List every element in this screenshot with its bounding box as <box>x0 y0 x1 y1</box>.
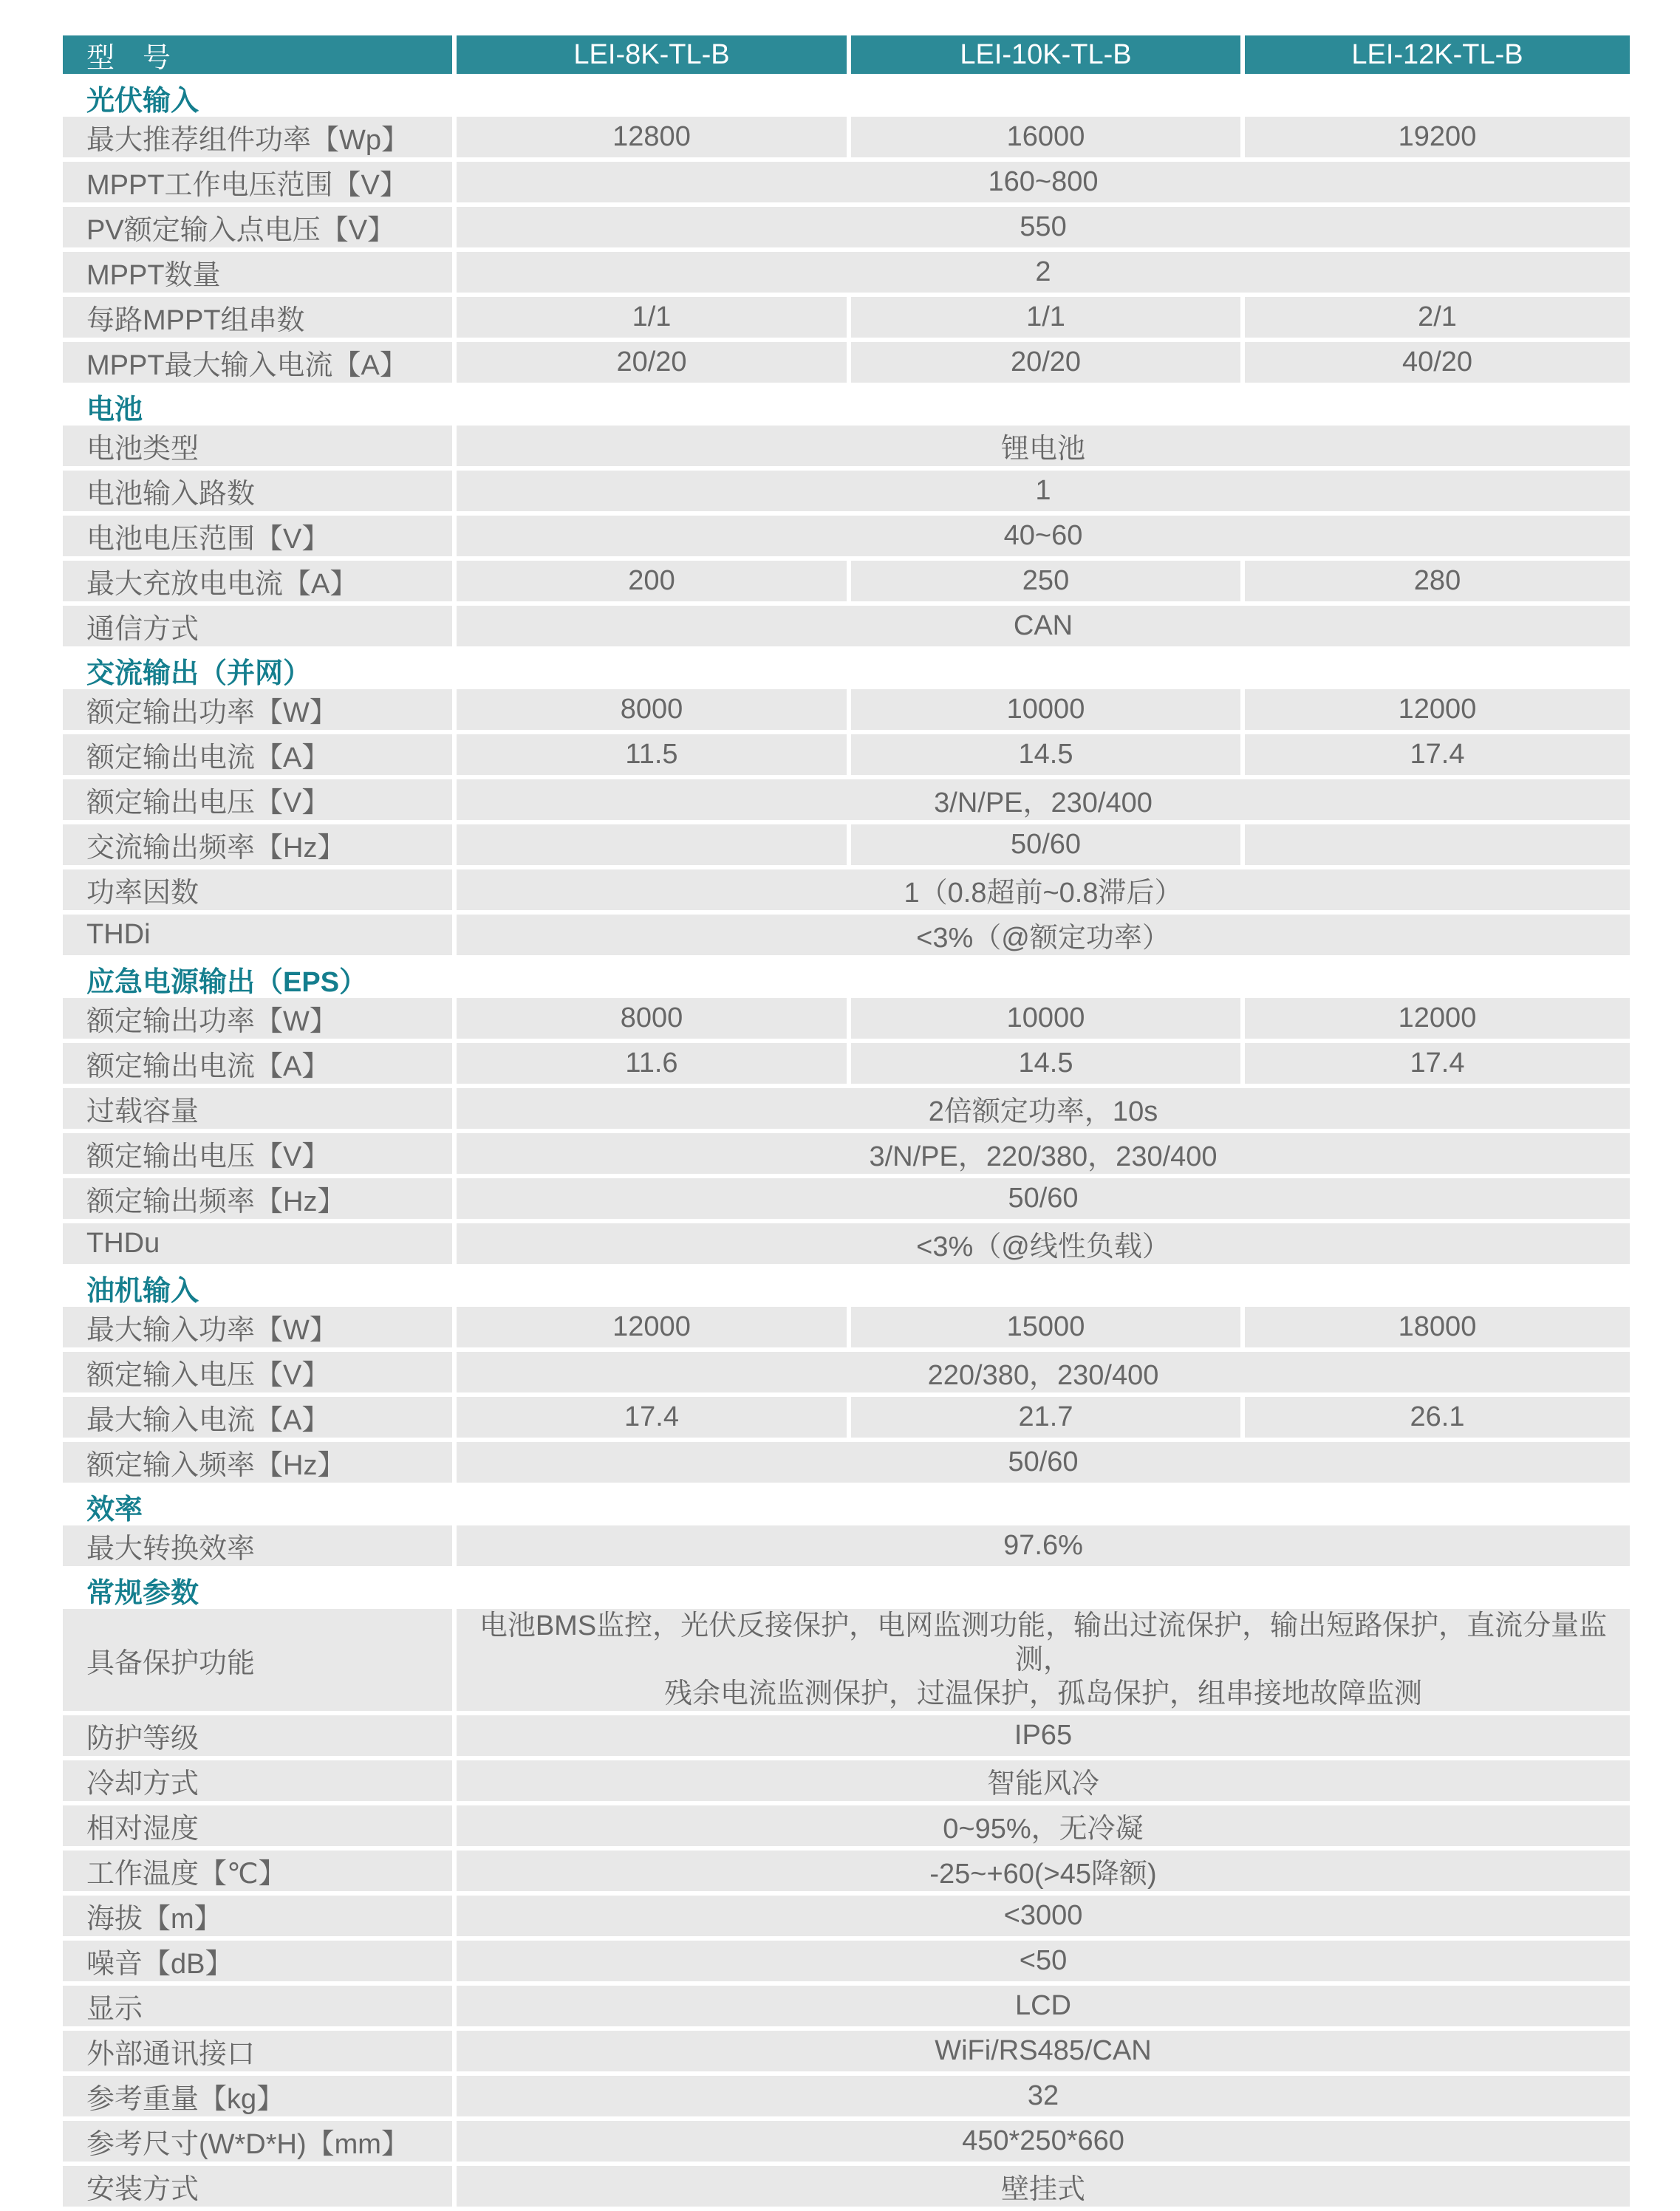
merged-value-cell: 智能风冷 <box>457 1760 1630 1801</box>
merged-value-cell: 2 <box>457 252 1630 293</box>
value-cell: 8000 <box>457 998 847 1039</box>
spec-row: 海拔【m】<3000 <box>63 1896 1630 1921</box>
row-label: 额定输出电流【A】 <box>63 1043 452 1084</box>
value-cell: 2/1 <box>1245 297 1630 338</box>
value-cell: 19200 <box>1245 117 1630 157</box>
value-cell <box>457 824 847 865</box>
protection-line: 电池BMS监控，光伏反接保护，电网监测功能，输出过流保护，输出短路保护，直流分量… <box>457 1609 1630 1677</box>
merged-value-cell: 160~800 <box>457 162 1630 202</box>
row-label: 冷却方式 <box>63 1760 452 1801</box>
merged-value-cell: <3%（@额定功率） <box>457 915 1630 955</box>
spec-row: 最大推荐组件功率【Wp】128001600019200 <box>63 117 1630 157</box>
section-title: 交流输出（并网） <box>63 651 1630 689</box>
spec-row: 防护等级IP65 <box>63 1715 1630 1756</box>
section-title: 油机输入 <box>63 1268 1630 1307</box>
merged-value-cell: CAN <box>457 606 1630 646</box>
merged-value-cell: 40~60 <box>457 516 1630 556</box>
section-title: 效率 <box>63 1487 1630 1525</box>
spec-row: THDi<3%（@额定功率） <box>63 915 1630 955</box>
row-label: 最大输入电流【A】 <box>63 1397 452 1438</box>
row-label: PV额定输入点电压【V】 <box>63 207 452 247</box>
spec-row: 相对湿度0~95%，无冷凝 <box>63 1805 1630 1846</box>
row-label: 功率因数 <box>63 869 452 910</box>
row-label: MPPT工作电压范围【V】 <box>63 162 452 202</box>
value-cell: 10000 <box>851 689 1240 730</box>
section-title: 光伏输入 <box>63 78 1630 117</box>
protection-line: 残余电流监测保护，过温保护，孤岛保护，组串接地故障监测 <box>664 1677 1422 1711</box>
value-cell: 14.5 <box>851 734 1240 775</box>
spec-row: 额定输出电压【V】3/N/PE，230/400 <box>63 779 1630 820</box>
merged-value-cell: 50/60 <box>457 1178 1630 1219</box>
value-cell: 17.4 <box>1245 734 1630 775</box>
spec-row: 最大充放电电流【A】200250280 <box>63 561 1630 601</box>
value-cell <box>1245 824 1630 865</box>
merged-value-cell: 97.6% <box>457 1525 1630 1566</box>
spec-row: 最大输入电流【A】17.421.726.1 <box>63 1397 1630 1438</box>
row-label: 最大输入功率【W】 <box>63 1307 452 1347</box>
value-cell: 16000 <box>851 117 1240 157</box>
row-label: 最大充放电电流【A】 <box>63 561 452 601</box>
merged-value-cell: 220/380，230/400 <box>457 1352 1630 1392</box>
spec-row: MPPT最大输入电流【A】20/2020/2040/20 <box>63 342 1630 383</box>
row-label: 过载容量 <box>63 1088 452 1129</box>
value-cell: 17.4 <box>457 1397 847 1438</box>
spec-row: PV额定输入点电压【V】550 <box>63 207 1630 247</box>
value-cell: 12800 <box>457 117 847 157</box>
spec-row: 额定输出电压【V】3/N/PE，220/380，230/400 <box>63 1133 1630 1174</box>
value-cell: 10000 <box>851 998 1240 1039</box>
merged-value-cell: 锂电池 <box>457 426 1630 466</box>
row-label: MPPT数量 <box>63 252 452 293</box>
value-cell: 8000 <box>457 689 847 730</box>
row-label: 电池电压范围【V】 <box>63 516 452 556</box>
value-cell: 15000 <box>851 1307 1240 1347</box>
spec-row: MPPT工作电压范围【V】160~800 <box>63 162 1630 202</box>
row-label: 每路MPPT组串数 <box>63 297 452 338</box>
row-label: 电池类型 <box>63 426 452 466</box>
merged-value-cell: IP65 <box>457 1715 1630 1756</box>
spec-row: THDu<3%（@线性负载） <box>63 1223 1630 1264</box>
model-column-header: LEI-10K-TL-B <box>851 35 1240 74</box>
merged-value-cell: 2倍额定功率，10s <box>457 1088 1630 1129</box>
merged-value-cell: 3/N/PE，220/380，230/400 <box>457 1133 1630 1174</box>
row-label: 最大转换效率 <box>63 1525 452 1566</box>
spec-row: 电池输入路数1 <box>63 471 1630 511</box>
row-label: 工作温度【℃】 <box>63 1851 452 1891</box>
row-label: THDi <box>63 915 452 955</box>
value-cell: 1/1 <box>851 297 1240 338</box>
value-cell: 20/20 <box>457 342 847 383</box>
value-cell: 12000 <box>1245 998 1630 1039</box>
value-cell: 21.7 <box>851 1397 1240 1438</box>
merged-value-cell: 电池BMS监控，光伏反接保护，电网监测功能，输出过流保护，输出短路保护，直流分量… <box>457 1609 1630 1711</box>
row-label: 电池输入路数 <box>63 471 452 511</box>
row-label: 额定输出电压【V】 <box>63 779 452 820</box>
merged-value-cell: 0~95%，无冷凝 <box>457 1805 1630 1846</box>
value-cell: 20/20 <box>851 342 1240 383</box>
row-label: THDu <box>63 1223 452 1264</box>
value-cell: 18000 <box>1245 1307 1630 1347</box>
model-column-header: LEI-8K-TL-B <box>457 35 847 74</box>
value-cell: 12000 <box>457 1307 847 1347</box>
row-label: 额定输入频率【Hz】 <box>63 1442 452 1483</box>
merged-value-cell: -25~+60(>45降额) <box>457 1851 1630 1891</box>
spec-row: 额定输出电流【A】11.614.517.4 <box>63 1043 1630 1084</box>
spec-table: 型 号 LEI-8K-TL-B LEI-10K-TL-B LEI-12K-TL-… <box>63 35 1630 1921</box>
row-label: 额定输出电流【A】 <box>63 734 452 775</box>
merged-value-cell: 1（0.8超前~0.8滞后） <box>457 869 1630 910</box>
spec-row: 具备保护功能电池BMS监控，光伏反接保护，电网监测功能，输出过流保护，输出短路保… <box>63 1609 1630 1711</box>
spec-row: 通信方式CAN <box>63 606 1630 646</box>
row-label: MPPT最大输入电流【A】 <box>63 342 452 383</box>
models-header-label: 型 号 <box>63 35 452 74</box>
row-label: 额定输出频率【Hz】 <box>63 1178 452 1219</box>
value-cell: 200 <box>457 561 847 601</box>
row-label: 额定输出功率【W】 <box>63 998 452 1039</box>
spec-row: 电池电压范围【V】40~60 <box>63 516 1630 556</box>
spec-row: MPPT数量2 <box>63 252 1630 293</box>
merged-value-cell: 50/60 <box>457 1442 1630 1483</box>
spec-row: 额定输出功率【W】80001000012000 <box>63 689 1630 730</box>
spec-row: 交流输出频率【Hz】50/60 <box>63 824 1630 865</box>
value-cell: 11.5 <box>457 734 847 775</box>
value-cell: 50/60 <box>851 824 1240 865</box>
spec-row: 最大输入功率【W】120001500018000 <box>63 1307 1630 1347</box>
row-label: 额定输出功率【W】 <box>63 689 452 730</box>
row-label: 最大推荐组件功率【Wp】 <box>63 117 452 157</box>
row-label: 防护等级 <box>63 1715 452 1756</box>
spec-row: 过载容量2倍额定功率，10s <box>63 1088 1630 1129</box>
spec-row: 额定输出功率【W】80001000012000 <box>63 998 1630 1039</box>
value-cell: 14.5 <box>851 1043 1240 1084</box>
spec-row: 工作温度【℃】-25~+60(>45降额) <box>63 1851 1630 1891</box>
merged-value-cell: 550 <box>457 207 1630 247</box>
spec-row: 功率因数1（0.8超前~0.8滞后） <box>63 869 1630 910</box>
spec-row: 最大转换效率97.6% <box>63 1525 1630 1566</box>
spec-row: 额定输出电流【A】11.514.517.4 <box>63 734 1630 775</box>
merged-value-cell: 1 <box>457 471 1630 511</box>
spec-row: 冷却方式智能风冷 <box>63 1760 1630 1801</box>
row-label: 额定输入电压【V】 <box>63 1352 452 1392</box>
section-title: 常规参数 <box>63 1571 1630 1609</box>
value-cell: 12000 <box>1245 689 1630 730</box>
spec-table-body: 光伏输入最大推荐组件功率【Wp】128001600019200MPPT工作电压范… <box>63 78 1630 1921</box>
merged-value-cell: <3000 <box>457 1896 1630 1921</box>
spec-row: 电池类型锂电池 <box>63 426 1630 466</box>
row-label: 交流输出频率【Hz】 <box>63 824 452 865</box>
spec-row: 每路MPPT组串数1/11/12/1 <box>63 297 1630 338</box>
row-label: 通信方式 <box>63 606 452 646</box>
spec-row: 额定输入频率【Hz】50/60 <box>63 1442 1630 1483</box>
spec-row: 额定输入电压【V】220/380，230/400 <box>63 1352 1630 1392</box>
spec-row: 额定输出频率【Hz】50/60 <box>63 1178 1630 1219</box>
value-cell: 26.1 <box>1245 1397 1630 1438</box>
section-title: 应急电源输出（EPS） <box>63 960 1630 998</box>
value-cell: 250 <box>851 561 1240 601</box>
model-column-header: LEI-12K-TL-B <box>1245 35 1630 74</box>
spec-header-row: 型 号 LEI-8K-TL-B LEI-10K-TL-B LEI-12K-TL-… <box>63 35 1630 74</box>
row-label: 相对湿度 <box>63 1805 452 1846</box>
value-cell: 280 <box>1245 561 1630 601</box>
value-cell: 17.4 <box>1245 1043 1630 1084</box>
row-label: 海拔【m】 <box>63 1896 452 1921</box>
merged-value-cell: <3%（@线性负载） <box>457 1223 1630 1264</box>
value-cell: 40/20 <box>1245 342 1630 383</box>
row-label: 具备保护功能 <box>63 1609 452 1711</box>
value-cell: 11.6 <box>457 1043 847 1084</box>
merged-value-cell: 3/N/PE，230/400 <box>457 779 1630 820</box>
row-label: 额定输出电压【V】 <box>63 1133 452 1174</box>
section-title: 电池 <box>63 387 1630 426</box>
value-cell: 1/1 <box>457 297 847 338</box>
